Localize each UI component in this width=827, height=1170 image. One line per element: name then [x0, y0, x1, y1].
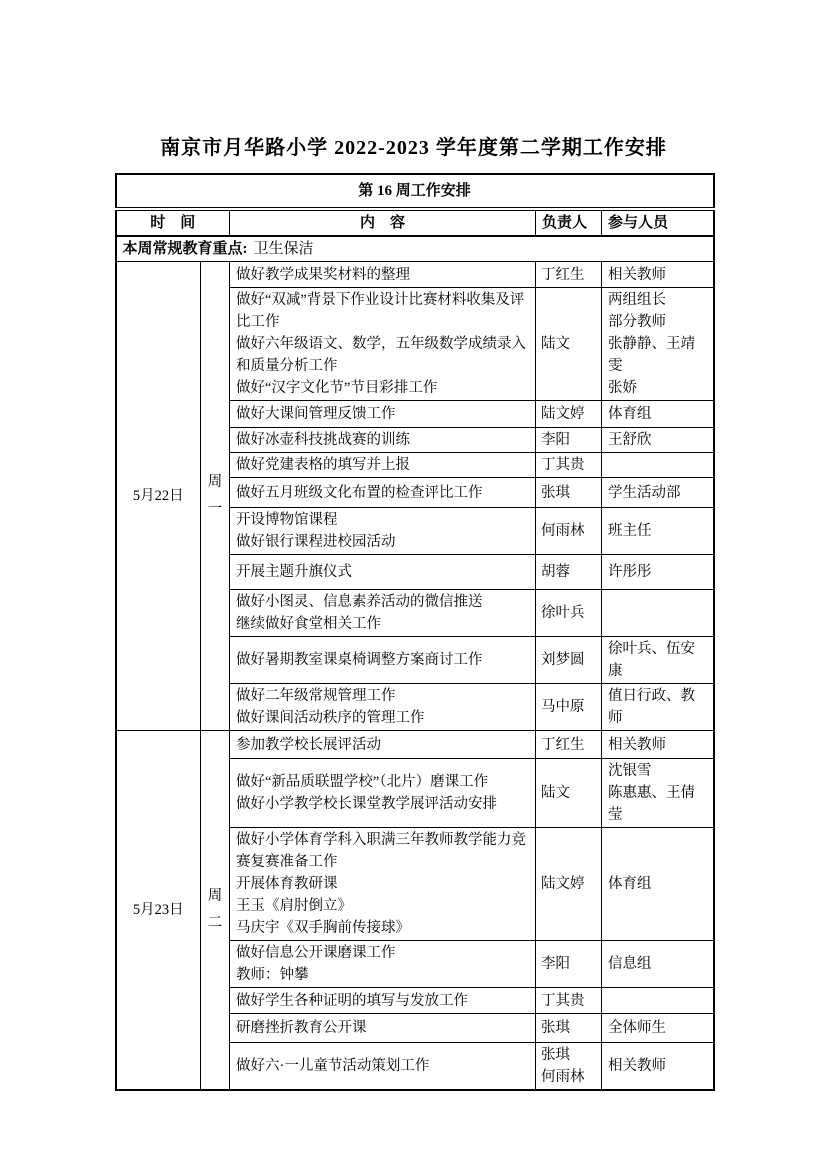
leader-cell: 张琪: [536, 478, 602, 508]
participants-cell: 体育组: [602, 828, 714, 941]
participants-cell: 相关教师: [602, 1043, 714, 1091]
task-cell: 做好小学体育学科入职满三年教师教学能力竞赛复赛准备工作 开展体育教研课 王玉《肩…: [230, 828, 536, 941]
header-time: 时 间: [116, 209, 230, 236]
leader-cell: 陆文: [536, 288, 602, 401]
leader-cell: 胡蓉: [536, 555, 602, 590]
task-cell: 做好六·一儿童节活动策划工作: [230, 1043, 536, 1091]
participants-cell: [602, 453, 714, 478]
leader-cell: 刘梦圆: [536, 637, 602, 684]
participants-cell: 王舒欣: [602, 428, 714, 453]
task-cell: 做好二年级常规管理工作 做好课间活动秩序的管理工作: [230, 684, 536, 731]
participants-cell: 沈银雪 陈惠惠、王倩莹: [602, 759, 714, 828]
table-row: 5月22日 周一 做好教学成果奖材料的整理 丁红生 相关教师: [116, 262, 714, 288]
task-cell: 做好学生各种证明的填写与发放工作: [230, 988, 536, 1014]
week-title-row: 第 16 周工作安排: [116, 174, 714, 209]
header-participants: 参与人员: [602, 209, 714, 236]
header-leader: 负责人: [536, 209, 602, 236]
leader-cell: 何雨林: [536, 508, 602, 555]
task-cell: 研磨挫折教育公开课: [230, 1014, 536, 1043]
weekday-cell: 周一: [201, 262, 230, 731]
week-title-cell: 第 16 周工作安排: [116, 174, 714, 209]
task-cell: 做好党建表格的填写并上报: [230, 453, 536, 478]
task-cell: 做好暑期教室课桌椅调整方案商讨工作: [230, 637, 536, 684]
participants-cell: 全体师生: [602, 1014, 714, 1043]
leader-cell: 张琪: [536, 1014, 602, 1043]
focus-row: 本周常规教育重点:卫生保洁: [116, 236, 714, 262]
leader-cell: 丁其贵: [536, 988, 602, 1014]
task-cell: 做好“新品质联盟学校”（北片）磨课工作 做好小学教学校长课堂教学展评活动安排: [230, 759, 536, 828]
schedule-table-wrap: 第 16 周工作安排 时 间 内 容 负责人 参与人员 本周常规教育重点:卫生保…: [115, 173, 713, 1091]
leader-cell: 陆文婷: [536, 828, 602, 941]
participants-cell: 相关教师: [602, 262, 714, 288]
leader-cell: 丁其贵: [536, 453, 602, 478]
focus-cell: 本周常规教育重点:卫生保洁: [116, 236, 714, 262]
task-cell: 开设博物馆课程 做好银行课程进校园活动: [230, 508, 536, 555]
task-cell: 做好信息公开课磨课工作 教师：钟攀: [230, 941, 536, 988]
document-page: 南京市月华路小学 2022-2023 学年度第二学期工作安排 第 16 周工作安…: [0, 0, 827, 1170]
leader-cell: 丁红生: [536, 731, 602, 759]
date-cell: 5月23日: [116, 731, 201, 1091]
weekday-cell: 周二: [201, 731, 230, 1091]
column-header-row: 时 间 内 容 负责人 参与人员: [116, 209, 714, 236]
participants-cell: 相关教师: [602, 731, 714, 759]
participants-cell: 两组组长 部分教师 张静静、王靖雯 张娇: [602, 288, 714, 401]
participants-cell: 学生活动部: [602, 478, 714, 508]
leader-cell: 马中原: [536, 684, 602, 731]
task-cell: 参加教学校长展评活动: [230, 731, 536, 759]
participants-cell: 值日行政、教师: [602, 684, 714, 731]
task-cell: 做好冰壶科技挑战赛的训练: [230, 428, 536, 453]
participants-cell: 信息组: [602, 941, 714, 988]
leader-cell: 丁红生: [536, 262, 602, 288]
task-cell: 做好教学成果奖材料的整理: [230, 262, 536, 288]
participants-cell: [602, 988, 714, 1014]
focus-value: 卫生保洁: [254, 241, 314, 257]
task-cell: 做好大课间管理反馈工作: [230, 401, 536, 428]
date-cell: 5月22日: [116, 262, 201, 731]
leader-cell: 李阳: [536, 941, 602, 988]
task-cell: 做好“双减”背景下作业设计比赛材料收集及评比工作 做好六年级语文、数学，五年级数…: [230, 288, 536, 401]
participants-cell: [602, 590, 714, 637]
leader-cell: 陆文婷: [536, 401, 602, 428]
leader-cell: 张琪 何雨林: [536, 1043, 602, 1091]
table-row: 5月23日 周二 参加教学校长展评活动 丁红生 相关教师: [116, 731, 714, 759]
participants-cell: 许彤彤: [602, 555, 714, 590]
leader-cell: 徐叶兵: [536, 590, 602, 637]
leader-cell: 陆文: [536, 759, 602, 828]
task-cell: 做好小图灵、信息素养活动的微信推送 继续做好食堂相关工作: [230, 590, 536, 637]
header-content: 内 容: [230, 209, 536, 236]
participants-cell: 体育组: [602, 401, 714, 428]
participants-cell: 班主任: [602, 508, 714, 555]
task-cell: 做好五月班级文化布置的检查评比工作: [230, 478, 536, 508]
schedule-table: 第 16 周工作安排 时 间 内 容 负责人 参与人员 本周常规教育重点:卫生保…: [115, 173, 715, 1091]
leader-cell: 李阳: [536, 428, 602, 453]
page-title: 南京市月华路小学 2022-2023 学年度第二学期工作安排: [0, 0, 827, 160]
participants-cell: 徐叶兵、伍安康: [602, 637, 714, 684]
focus-label: 本周常规教育重点:: [123, 241, 248, 257]
task-cell: 开展主题升旗仪式: [230, 555, 536, 590]
